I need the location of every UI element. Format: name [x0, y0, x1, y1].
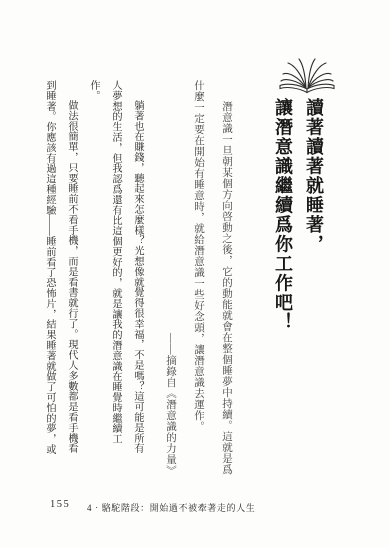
quote-attribution: ——摘錄自《潛意識的力量》	[156, 80, 184, 480]
body-paragraph-1: 躺著也在賺錢，聽起來怎麼樣？光想像就覺得很幸福，不是嗎？這可能是所有人夢想的生活…	[82, 80, 148, 456]
body-text-block: 躺著也在賺錢，聽起來怎麼樣？光想像就覺得很幸福，不是嗎？這可能是所有人夢想的生活…	[38, 80, 148, 456]
open-book-icon	[277, 50, 337, 96]
body-paragraph-2: 做法很簡單，只要睡前不看手機，而是看書就行了。現代人多數都是看手機看到睡著。你應…	[38, 80, 82, 456]
page-footer: 155 4‧駱駝階段：開始過不被牽著走的人生	[0, 499, 390, 515]
title-line-2: 讓潛意識繼續爲你工作吧！	[267, 98, 298, 348]
page-title: 讀著讀著就睡著， 讓潛意識繼續爲你工作吧！	[267, 98, 329, 348]
pull-quote-block: 潛意識一旦朝某個方向啓動之後，它的動能就會在整個睡夢中持續。這就是爲什麼一定要在…	[156, 80, 240, 480]
title-line-1: 讀著讀著就睡著，	[298, 98, 329, 348]
pull-quote-text: 潛意識一旦朝某個方向啓動之後，它的動能就會在整個睡夢中持續。這就是爲什麼一定要在…	[184, 80, 240, 480]
chapter-title: 4‧駱駝階段：開始過不被牽著走的人生	[87, 501, 255, 514]
book-page: 讀著讀著就睡著， 讓潛意識繼續爲你工作吧！ 潛意識一旦朝某個方向啓動之後，它的動…	[0, 0, 390, 548]
page-number: 155	[50, 499, 70, 510]
